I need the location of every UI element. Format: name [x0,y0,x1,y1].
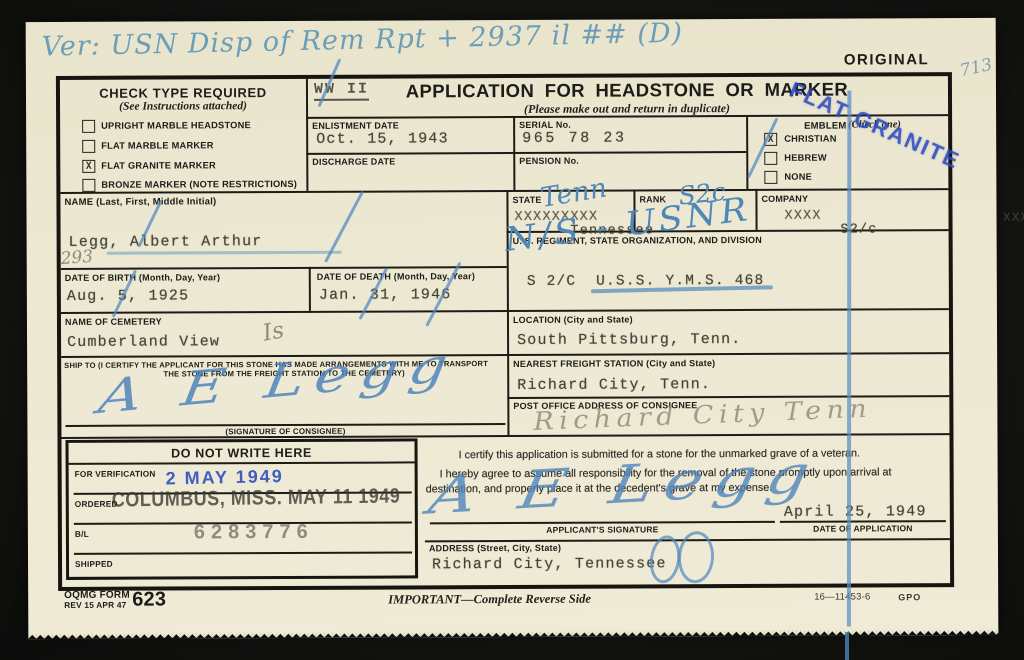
emblem-option-label: NONE [784,172,812,182]
applicant-signature-caption: APPLICANT'S SIGNATURE [430,524,775,536]
pen-vertical-line-tail [845,632,849,660]
scanned-form-viewport: Ver: USN Disp of Rem Rpt + 2937 il ## (D… [0,0,1024,660]
date-of-death-value: Jan. 31, 1946 [319,286,452,304]
consignee-signature-caption: (SIGNATURE OF CONSIGNEE) [65,426,505,437]
checkbox-bronze [82,179,95,192]
checkbox-hebrew [764,152,777,165]
cemetery-value: Cumberland View [67,333,220,351]
perforated-bottom-edge [28,629,998,639]
divider [755,189,757,230]
original-label: ORIGINAL [844,51,929,68]
pencil-number-top-right: 713 [958,55,994,81]
discharge-date-label: DISCHARGE DATE [312,157,395,167]
company-value: U.S.S.Y.M.S. 468XXXXXXXXXXXXXXXX [1003,209,1024,252]
address-value: Richard City, Tennessee [432,555,667,573]
emblem-option-label: CHRISTIAN [784,134,836,144]
freight-station-value: Richard City, Tenn. [517,376,711,394]
checkbox-flat-marble [82,140,95,153]
do-not-write-title: DO NOT WRITE HERE [69,445,415,461]
check-type-option-label: UPRIGHT MARBLE HEADSTONE [101,120,251,131]
check-type-option-label: FLAT GRANITE MARKER [101,160,216,171]
freight-station-label: NEAREST FREIGHT STATION (City and State) [513,358,715,369]
check-type-section: CHECK TYPE REQUIRED (See Instructions at… [60,79,306,192]
location-label: LOCATION (City and State) [513,314,633,325]
application-date-value: April 25, 1949 [784,503,927,521]
headstone-application-form: Ver: USN Disp of Rem Rpt + 2937 il ## (D… [26,18,999,634]
name-value: Legg, Albert Arthur [69,233,263,251]
state-label: STATE [512,195,541,205]
cemetery-label: NAME OF CEMETERY [65,317,162,327]
pension-no-label: PENSION No. [519,156,579,166]
serial-no-value: 965 78 23 [522,129,626,146]
date-of-birth-label: DATE OF BIRTH (Month, Day, Year) [65,272,220,283]
check-type-option-label: BRONZE MARKER (NOTE RESTRICTIONS) [101,179,297,190]
bl-row-label: B/L [75,529,89,539]
location-value: South Pittsburg, Tenn. [517,331,742,349]
form-title: APPLICATION FOR HEADSTONE OR MARKER [306,78,948,103]
bill-of-lading-stamp: 6283776 [194,521,314,545]
checkbox-flat-granite: X [82,160,95,173]
pen-vertical-line [847,91,851,627]
serial-no-label: SERIAL No. [519,120,571,130]
pencil-number-under-name: 293 [60,247,94,269]
check-type-option-label: FLAT MARBLE MARKER [101,140,213,150]
checkbox-none [764,171,777,184]
form-number: 623 [132,589,166,612]
columbus-ordered-stamp: COLUMBUS, MISS. MAY 11 1949 [112,484,401,512]
address-label: ADDRESS (Street, City, State) [429,543,561,554]
enlistment-date-value: Oct. 15, 1943 [316,130,449,148]
date-of-birth-value: Aug. 5, 1925 [67,287,189,305]
checkbox-upright-marble [82,120,95,133]
pencil-cemetery-mark: Is [261,317,286,346]
rank-value: S2/cXXXX [784,207,877,252]
divider [309,267,311,311]
company-label: COMPANY [761,194,808,204]
check-type-title: CHECK TYPE REQUIRED [60,85,306,101]
enlistment-date-label: ENLISTMENT DATE [312,120,399,130]
top-handwritten-note: Ver: USN Disp of Rem Rpt + 2937 il ## (D… [41,18,683,63]
footer-important-note: IMPORTANT—Complete Reverse Side [388,592,591,608]
print-code: 16—11453-6 [814,591,870,602]
shipped-row-label: SHIPPED [75,559,113,569]
emblem-option-label: HEBREW [784,153,827,163]
name-label: NAME (Last, First, Middle Initial) [64,196,216,208]
verification-row-label: FOR VERIFICATION [75,469,156,479]
application-date-caption: DATE OF APPLICATION [780,523,946,534]
divider [74,551,412,554]
check-type-subtitle: (See Instructions attached) [60,100,306,113]
form-revision: REV 15 APR 47 [64,600,126,610]
divider [69,461,415,465]
gpo-label: GPO [898,592,921,602]
